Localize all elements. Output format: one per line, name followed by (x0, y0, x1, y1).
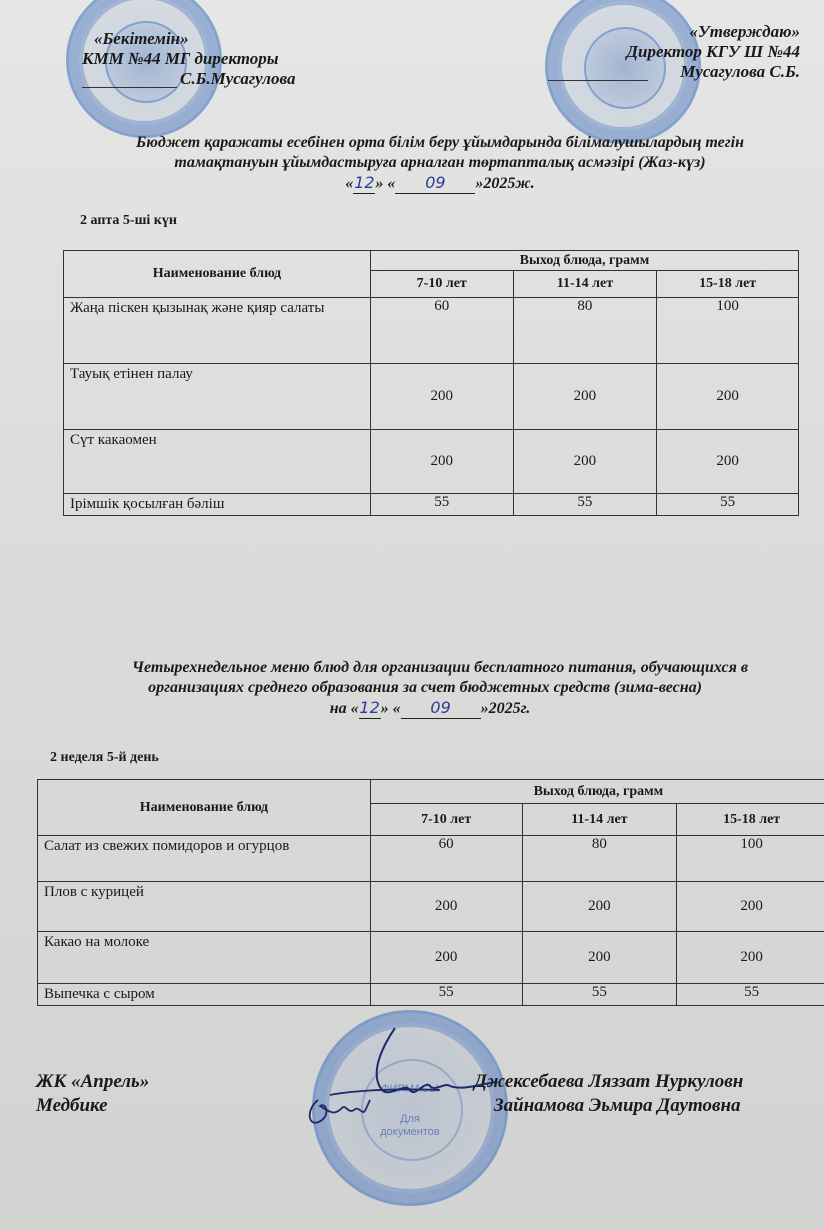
table-row: Салат из свежих помидоров и огурцов 60 8… (38, 836, 824, 882)
ru-age-header: 15-18 лет (677, 804, 824, 836)
dish-weight: 200 (370, 430, 513, 494)
signatory-name-1: Джексебаева Ляззат Нуркуловн (474, 1070, 743, 1094)
dish-weight: 200 (657, 430, 799, 494)
dish-weight: 55 (657, 494, 799, 516)
dish-name: Салат из свежих помидоров и огурцов (38, 836, 371, 882)
kz-age-header: 15-18 лет (657, 271, 799, 298)
ru-heading-line2: организациях среднего образования за сче… (0, 678, 824, 698)
kz-date: «12» «09»2025ж. (60, 173, 820, 194)
table-row: Жаңа піскен қызынақ және қияр салаты 60 … (64, 298, 799, 364)
approval-right-title: «Утверждаю» (560, 22, 800, 42)
dish-weight: 200 (677, 932, 824, 984)
table-row: Тауық етінен палау 200 200 200 (64, 364, 799, 430)
approval-left-position: КММ №44 МГ директоры (82, 49, 382, 69)
approval-left: «Бекітемін» КММ №44 МГ директоры С.Б.Мус… (82, 29, 382, 89)
ru-date: на «12» «09»2025г. (10, 698, 824, 719)
ru-group-header: Выход блюда, грамм (370, 780, 824, 804)
dish-weight: 60 (370, 298, 513, 364)
ru-heading-line1: Четырехнедельное меню блюд для организац… (30, 658, 824, 678)
approval-right-signature-line (548, 80, 648, 81)
dish-name: Жаңа піскен қызынақ және қияр салаты (64, 298, 371, 364)
kz-subtitle: 2 апта 5-ші күн (80, 213, 177, 229)
dish-name: Тауық етінен палау (64, 364, 371, 430)
approval-right-name: Мусагулова С.Б. (560, 62, 800, 82)
kz-date-month: 09 (395, 173, 475, 194)
table-row: Выпечка с сыром 55 55 55 (38, 984, 824, 1006)
kz-group-header: Выход блюда, грамм (370, 251, 798, 271)
ru-date-day: 12 (359, 698, 381, 719)
dish-weight: 200 (513, 364, 657, 430)
dish-weight: 100 (677, 836, 824, 882)
kz-col-name-header: Наименование блюд (64, 251, 371, 298)
dish-weight: 60 (370, 836, 522, 882)
approval-left-name: С.Б.Мусагулова (180, 69, 382, 89)
dish-weight: 200 (522, 932, 677, 984)
kz-heading-line2: тамақтануын ұйымдастыруға арналған төрта… (60, 153, 820, 173)
approval-right-position: Директор КГУ Ш №44 (560, 42, 800, 62)
ru-col-name-header: Наименование блюд (38, 780, 371, 836)
dish-weight: 200 (370, 882, 522, 932)
dish-weight: 200 (657, 364, 799, 430)
dish-name: Ірімшік қосылған бәліш (64, 494, 371, 516)
kz-heading: Бюджет қаражаты есебінен орта білім беру… (60, 133, 820, 194)
dish-weight: 200 (370, 364, 513, 430)
signatory-org: ЖК «Апрель» Медбике (36, 1070, 149, 1118)
dish-name: Плов с курицей (38, 882, 371, 932)
handwritten-signature-icon (300, 1020, 500, 1130)
dish-weight: 200 (513, 430, 657, 494)
dish-weight: 200 (370, 932, 522, 984)
dish-name: Какао на молоке (38, 932, 371, 984)
signatory-org-line1: ЖК «Апрель» (36, 1070, 149, 1094)
table-row: Ірімшік қосылған бәліш 55 55 55 (64, 494, 799, 516)
approval-left-signature-line (82, 87, 177, 88)
ru-age-header: 11-14 лет (522, 804, 677, 836)
dish-weight: 200 (522, 882, 677, 932)
dish-weight: 55 (522, 984, 677, 1006)
table-row: Какао на молоке 200 200 200 (38, 932, 824, 984)
kz-heading-line1: Бюджет қаражаты есебінен орта білім беру… (60, 133, 820, 153)
approval-right: «Утверждаю» Директор КГУ Ш №44 Мусагулов… (560, 22, 800, 82)
kz-age-header: 7-10 лет (370, 271, 513, 298)
kz-date-day: 12 (353, 173, 375, 194)
dish-weight: 55 (513, 494, 657, 516)
dish-weight: 200 (677, 882, 824, 932)
ru-menu-table: Наименование блюд Выход блюда, грамм 7-1… (37, 779, 824, 1006)
dish-weight: 80 (522, 836, 677, 882)
ru-date-month: 09 (401, 698, 481, 719)
approval-left-title: «Бекітемін» (94, 29, 382, 49)
signatory-name-2: Зайнамова Эьмира Даутовна (494, 1094, 743, 1118)
dish-weight: 55 (677, 984, 824, 1006)
dish-weight: 80 (513, 298, 657, 364)
table-row: Сүт какаомен 200 200 200 (64, 430, 799, 494)
dish-name: Выпечка с сыром (38, 984, 371, 1006)
dish-weight: 55 (370, 494, 513, 516)
ru-age-header: 7-10 лет (370, 804, 522, 836)
table-row: Плов с курицей 200 200 200 (38, 882, 824, 932)
kz-age-header: 11-14 лет (513, 271, 657, 298)
signatory-names: Джексебаева Ляззат Нуркуловн Зайнамова Э… (474, 1070, 743, 1118)
dish-name: Сүт какаомен (64, 430, 371, 494)
ru-subtitle: 2 неделя 5-й день (50, 750, 159, 766)
signatory-org-line2: Медбике (36, 1094, 149, 1118)
dish-weight: 55 (370, 984, 522, 1006)
kz-menu-table: Наименование блюд Выход блюда, грамм 7-1… (63, 250, 799, 516)
ru-heading: Четырехнедельное меню блюд для организац… (30, 658, 824, 719)
dish-weight: 100 (657, 298, 799, 364)
